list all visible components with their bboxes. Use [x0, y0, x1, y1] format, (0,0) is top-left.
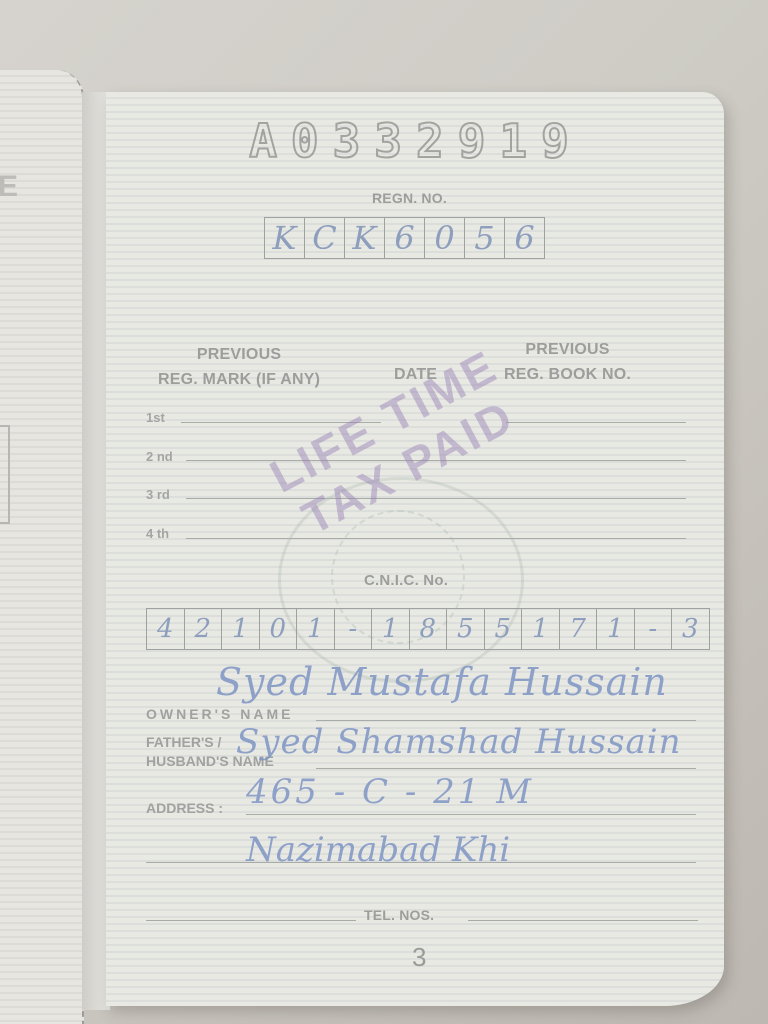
left-page: E	[0, 70, 84, 1024]
address-line2-value: Nazimabad Khi	[246, 830, 510, 870]
previous-row-label: 3 rd	[146, 487, 170, 502]
page-number: 3	[412, 942, 426, 973]
cnic-char-box: 1	[522, 609, 560, 649]
cnic-char-box: 1	[222, 609, 260, 649]
cnic-char-box: 0	[260, 609, 298, 649]
cnic-char-box: 1	[597, 609, 635, 649]
regn-char-box: 6	[505, 218, 544, 258]
regn-char-box: 0	[425, 218, 465, 258]
owner-name-label: OWNER'S NAME	[146, 706, 293, 722]
regn-char-box: C	[305, 218, 345, 258]
father-husband-name-value: Syed Shamshad Hussain	[236, 722, 682, 762]
owner-name-line	[316, 720, 696, 721]
owner-name-value: Syed Mustafa Hussain	[216, 660, 668, 704]
regn-no-boxes: K C K 6 0 5 6	[264, 217, 545, 259]
regn-char-box: K	[345, 218, 385, 258]
address-line1-value: 465 - C - 21 M	[246, 772, 534, 812]
regn-char-box: 5	[465, 218, 505, 258]
previous-row-label: 2 nd	[146, 449, 173, 464]
cnic-char-box: 5	[447, 609, 485, 649]
cnic-char-box: 8	[410, 609, 448, 649]
previous-row-label: 1st	[146, 410, 165, 425]
perforated-serial-number: A0332919	[206, 114, 626, 168]
previous-reg-mark-heading-line2: REG. MARK (IF ANY)	[158, 367, 320, 392]
cnic-char-box: 7	[560, 609, 598, 649]
cnic-char-box: 5	[485, 609, 523, 649]
regn-no-label: REGN. NO.	[372, 190, 447, 206]
address-label: ADDRESS :	[146, 800, 223, 816]
previous-reg-mark-heading: PREVIOUS REG. MARK (IF ANY)	[158, 342, 320, 392]
regn-char-box: 6	[385, 218, 425, 258]
cnic-char-box: 1	[297, 609, 335, 649]
cnic-boxes: 4 2 1 0 1 - 1 8 5 5 1 7 1 - 3	[146, 608, 710, 650]
tel-nos-label: TEL. NOS.	[364, 907, 434, 923]
father-name-line	[316, 768, 696, 769]
previous-reg-mark-heading-line1: PREVIOUS	[158, 342, 320, 367]
cnic-label: C.N.I.C. No.	[364, 572, 448, 589]
cnic-char-box: -	[635, 609, 673, 649]
address-line-1	[246, 814, 696, 815]
left-page-edge-letter: E	[0, 170, 18, 204]
cnic-char-box: 1	[372, 609, 410, 649]
previous-row-label: 4 th	[146, 526, 169, 541]
left-page-edge-box	[0, 425, 10, 524]
tel-line-right	[468, 920, 698, 921]
registration-book-page: A0332919 REGN. NO. K C K 6 0 5 6 PREVIOU…	[106, 92, 724, 1006]
cnic-char-box: 3	[672, 609, 709, 649]
tel-line-left	[146, 920, 356, 921]
cnic-char-box: -	[335, 609, 373, 649]
cnic-char-box: 4	[147, 609, 185, 649]
regn-char-box: K	[265, 218, 305, 258]
cnic-char-box: 2	[185, 609, 223, 649]
